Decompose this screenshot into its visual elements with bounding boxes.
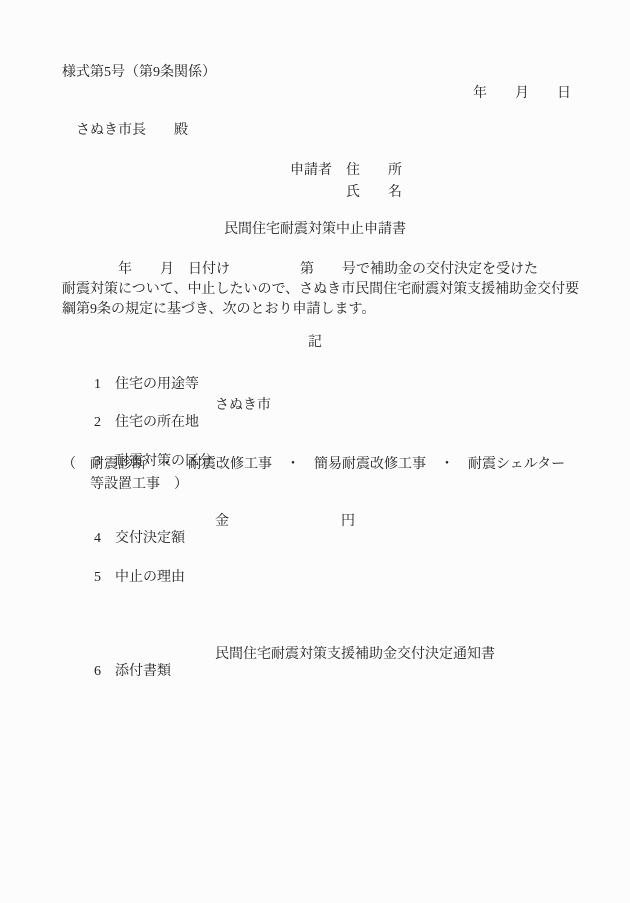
attached-documents-value: 民間住宅耐震対策支援補助金交付決定通知書 bbox=[215, 646, 495, 663]
note-header-ki: 記 bbox=[0, 334, 630, 351]
housing-location-value: さぬき市 bbox=[215, 397, 271, 414]
item-label: 中止の理由 bbox=[115, 570, 185, 585]
body-paragraph-line-1: 年 月 日付け 第 号で補助金の交付決定を受けた bbox=[62, 261, 538, 278]
body-paragraph-line-2: 耐震対策について、中止したいので、さぬき市民間住宅耐震対策支援補助金交付要 bbox=[62, 281, 579, 298]
form-number: 様式第5号（第9条関係） bbox=[62, 64, 216, 81]
document-page: 様式第5号（第9条関係） 年 月 日 さぬき市長 殿 申請者 住 所 氏 名 民… bbox=[0, 0, 630, 903]
grant-amount-value: 金 円 bbox=[215, 513, 355, 530]
item-number: 2 bbox=[94, 414, 115, 431]
item-label: 添付書類 bbox=[115, 664, 171, 679]
item-cancellation-reason: 5中止の理由 bbox=[80, 552, 185, 603]
date-line: 年 月 日 bbox=[473, 85, 571, 102]
document-title: 民間住宅耐震対策中止申請書 bbox=[0, 221, 630, 238]
item-label: 交付決定額 bbox=[115, 531, 185, 546]
item-number: 4 bbox=[94, 530, 115, 547]
seismic-measure-options-line-2: 等設置工事 ） bbox=[62, 476, 188, 493]
item-label: 住宅の用途等 bbox=[115, 377, 199, 392]
applicant-address-line: 申請者 住 所 bbox=[290, 162, 402, 179]
item-number: 5 bbox=[94, 569, 115, 586]
seismic-measure-options-line-1: （ 耐震診断 ・ 耐震改修工事 ・ 簡易耐震改修工事 ・ 耐震シェルター bbox=[62, 456, 565, 473]
item-attached-documents: 6添付書類民間住宅耐震対策支援補助金交付決定通知書 bbox=[80, 646, 171, 697]
item-number: 6 bbox=[94, 663, 115, 680]
body-paragraph-line-3: 綱第9条の規定に基づき、次のとおり申請します。 bbox=[62, 301, 375, 318]
item-number: 1 bbox=[94, 376, 115, 393]
applicant-name-line: 氏 名 bbox=[346, 184, 402, 201]
addressee-line: さぬき市長 殿 bbox=[76, 122, 188, 139]
item-label: 住宅の所在地 bbox=[115, 415, 199, 430]
